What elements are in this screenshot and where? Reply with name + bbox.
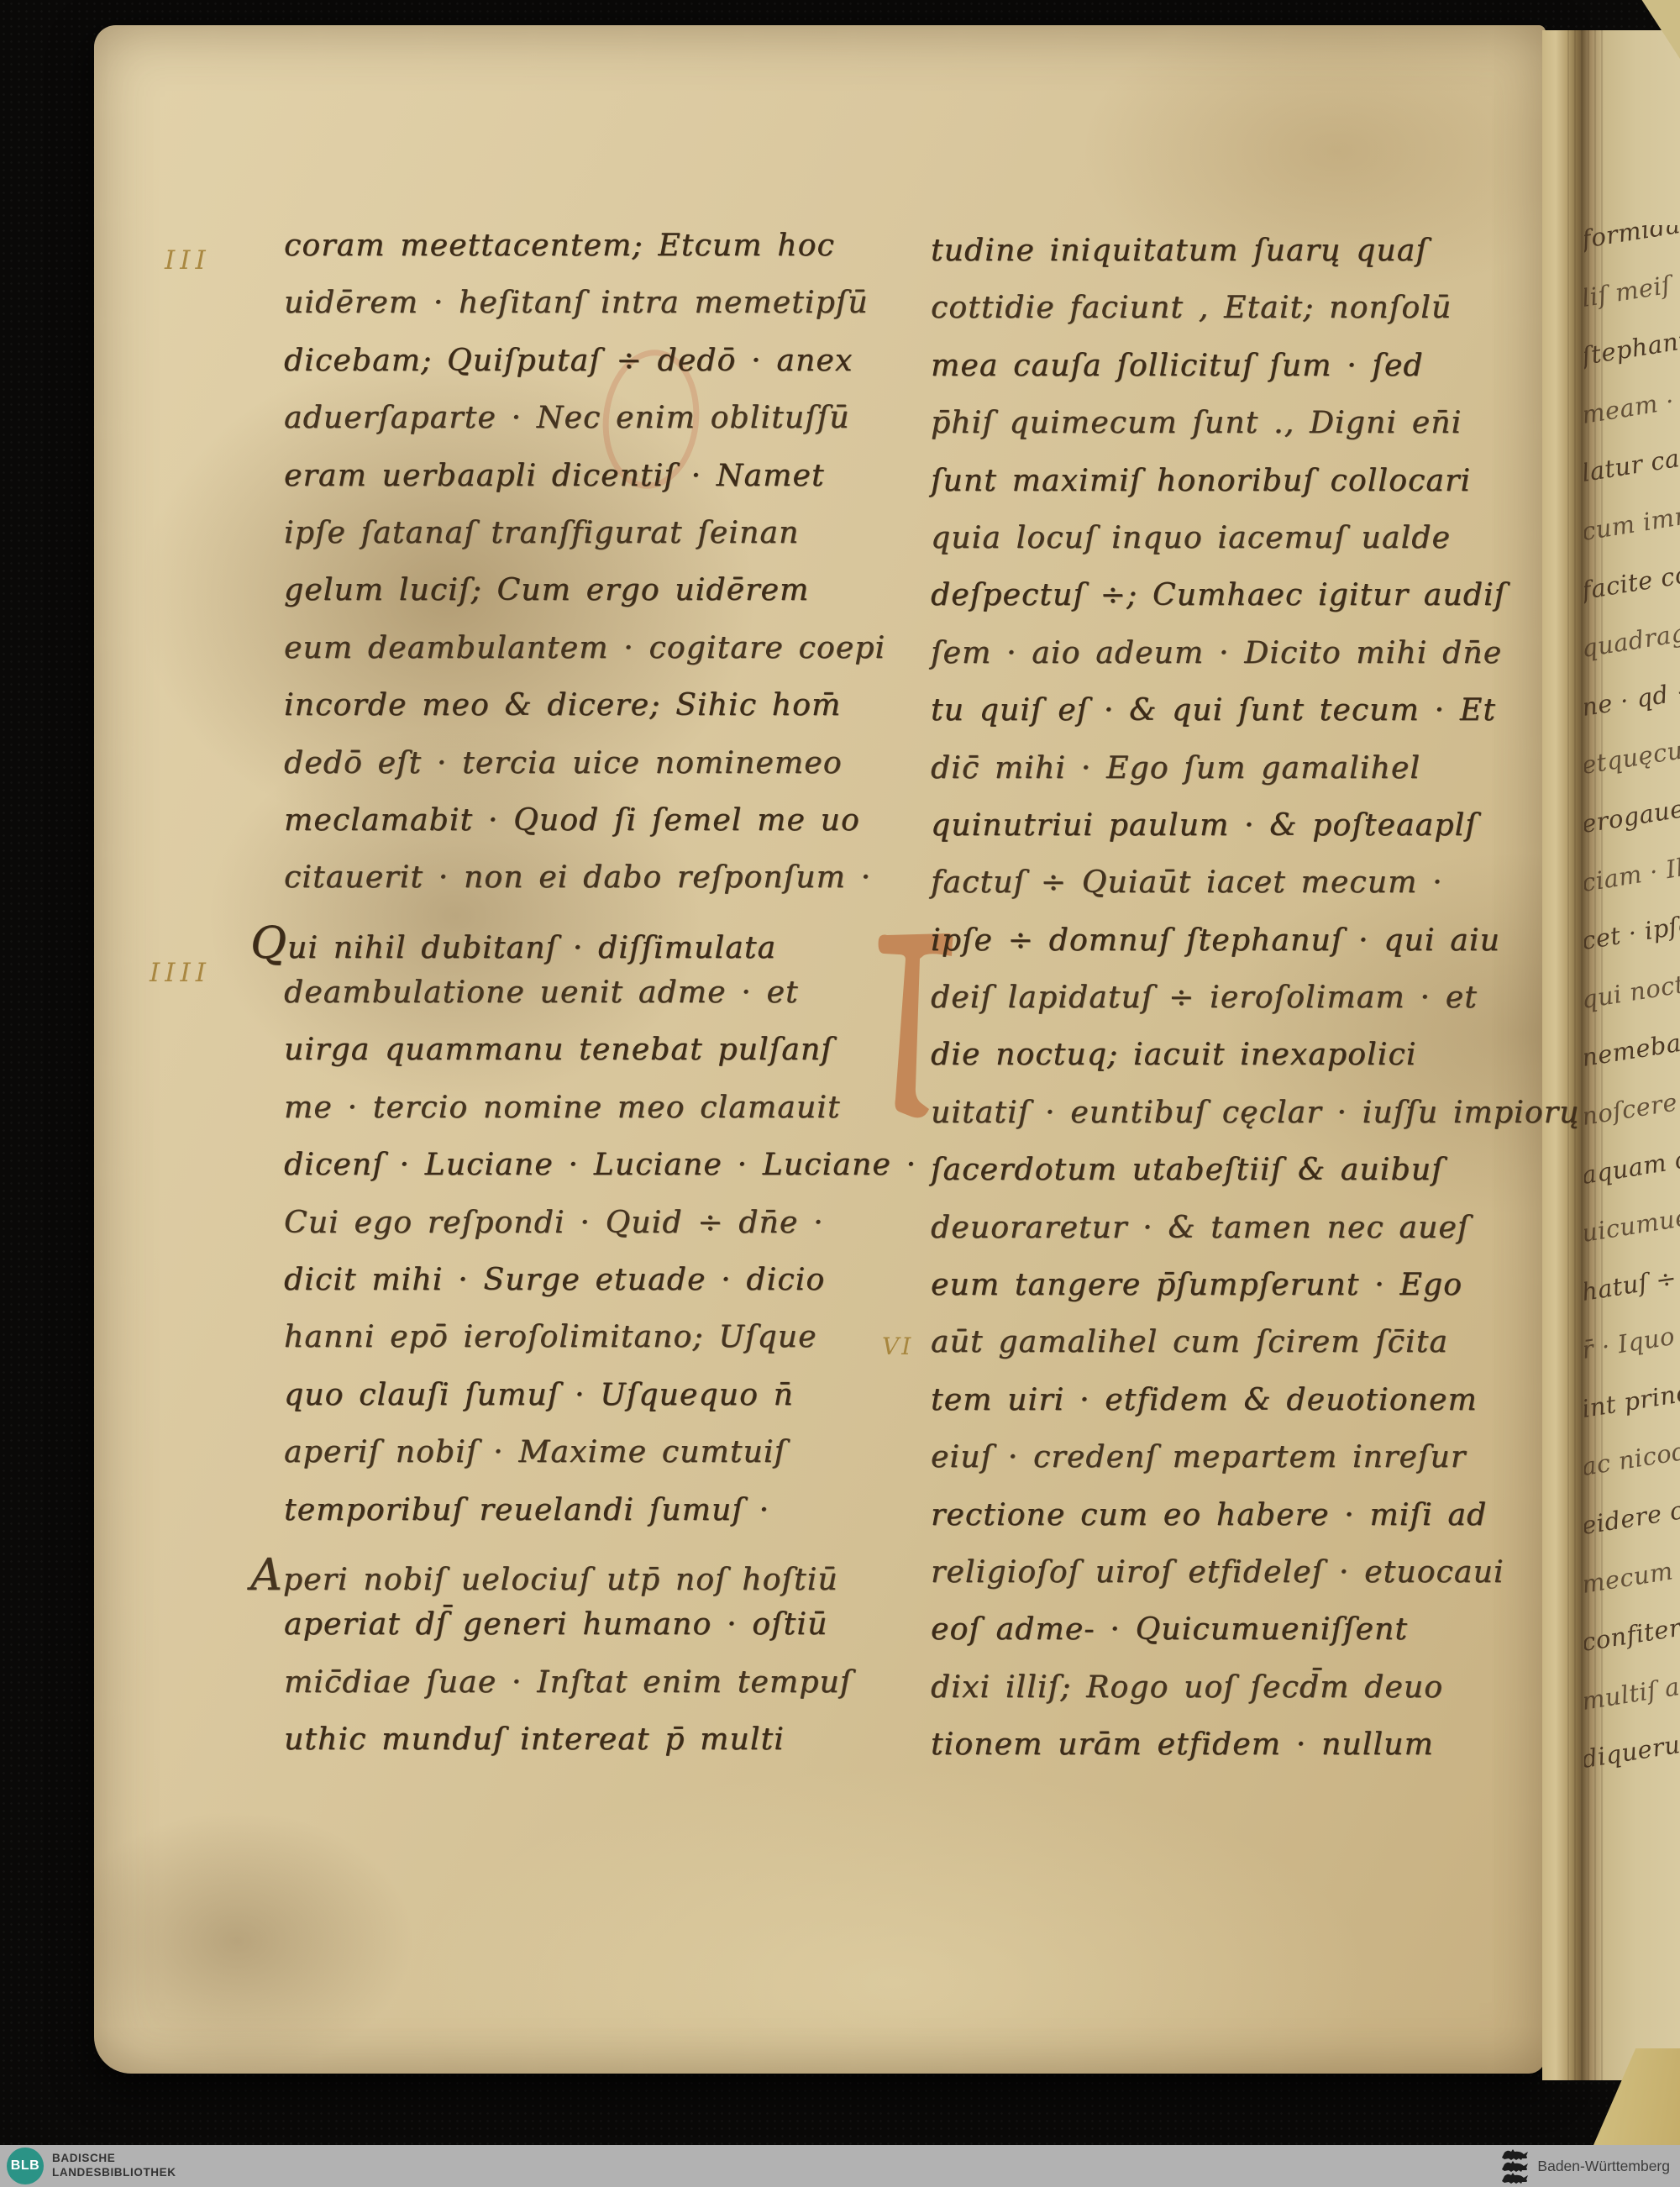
- library-name-line1: BADISCHE: [52, 2151, 176, 2165]
- footer-bar: BLB BADISCHE LANDESBIBLIOTHEK Baden-Würt…: [0, 2145, 1680, 2187]
- text-line: cottidie faciunt , Etait; nonſolū: [931, 291, 1571, 348]
- text-line: mic̄diae ſuae · Inſtat enim tempuſ: [284, 1665, 924, 1722]
- text-line: hanni epō ieroſolimitano; Uſque: [284, 1320, 924, 1377]
- chapter-numeral-iii: III: [165, 245, 211, 276]
- text-line: deambulatione uenit adme · et: [284, 975, 924, 1033]
- text-line: uthic munduſ intereat p̄ multi: [284, 1722, 924, 1780]
- text-line: tudine iniquitatum ſuarų quaſ: [931, 234, 1571, 291]
- text-line: uitatiſ · euntibuſ cęclar · iuſſu impior…: [931, 1096, 1571, 1153]
- text-line: die noctuq; iacuit inexapolici: [931, 1038, 1571, 1095]
- text-line: meclamabit · Quod ſi ſemel me uo: [284, 803, 924, 860]
- text-line: Qui nihil dubitanſ · diſſimulata: [250, 918, 924, 975]
- text-line: dicenſ · Luciane · Luciane · Luciane ·: [284, 1148, 924, 1205]
- text-line: dicit mihi · Surge etuade · dicio: [284, 1263, 924, 1320]
- text-line: ſunt maximiſ honoribuſ collocari: [931, 464, 1571, 521]
- text-line: dic̄ mihi · Ego ſum gamalihel: [931, 751, 1571, 808]
- baden-wuerttemberg-coat-of-arms-icon: [1500, 2148, 1529, 2184]
- text-line: citauerit · non ei dabo reſponſum ·: [284, 860, 924, 917]
- text-line: ſacerdotum utabeſtiiſ & auibuſ: [931, 1153, 1571, 1210]
- text-line: incorde meo & dicere; Sihic hom̄: [284, 688, 924, 745]
- text-line: religioſoſ uiroſ etfideleſ · etuocaui: [931, 1555, 1571, 1612]
- text-line: quia locuſ inquo iacemuſ ualde: [931, 521, 1571, 578]
- text-line: quo clauſi ſumuſ · Uſquequo n̄: [284, 1378, 924, 1435]
- state-name: Baden-Württemberg: [1537, 2158, 1670, 2175]
- text-line: deiſ lapidatuſ ÷ ieroſolimam · et: [931, 980, 1571, 1038]
- chapter-numeral-iiii: IIII: [150, 958, 211, 988]
- text-column-left: coram meettacentem; Etcum hocuidērem · h…: [284, 229, 924, 1780]
- text-line: eum tangere p̄ſumpſerunt · Ego: [931, 1268, 1571, 1325]
- library-name-line2: LANDESBIBLIOTHEK: [52, 2165, 176, 2179]
- text-line: p̄hiſ quimecum ſunt ., Digni en̄i: [931, 406, 1571, 463]
- text-line: temporibuſ reuelandi ſumuſ ·: [284, 1493, 924, 1550]
- text-line: coram meettacentem; Etcum hoc: [284, 229, 924, 286]
- text-line: dixi illiſ; Rogo uoſ ſecd̄m deuo: [931, 1670, 1571, 1727]
- edge-text-fragment: diquerunt: [1584, 1731, 1680, 1804]
- library-name: BADISCHE LANDESBIBLIOTHEK: [52, 2151, 176, 2179]
- text-line: uidērem · heſitanſ intra memetipſū: [284, 286, 924, 343]
- text-line: deuoraretur · & tamen nec aueſ: [931, 1211, 1571, 1268]
- text-line: Cui ego reſpondi · Quid ÷ dn̄e ·: [284, 1206, 924, 1263]
- text-line: aperiat dſ̄ generi humano · oſtiū: [284, 1607, 924, 1664]
- manuscript-photo: III IIII VI T coram meettacentem; Etcum …: [0, 0, 1680, 2187]
- text-line: tu quiſ eſ · & qui ſunt tecum · Et: [931, 693, 1571, 750]
- text-line: aperiſ nobiſ · Maxime cumtuiſ: [284, 1435, 924, 1492]
- text-line: ipſe ſatanaſ tranſfigurat ſeinan: [284, 516, 924, 573]
- text-line: Aperi nobiſ uelociuſ utp̄ noſ hoſtiū: [250, 1550, 924, 1607]
- text-line: gelum luciſ; Cum ergo uidērem: [284, 573, 924, 630]
- text-line: tionem urām etfidem · nullum: [931, 1727, 1571, 1785]
- blb-logo-badge: BLB: [7, 2148, 44, 2184]
- text-line: dedō eſt · tercia uice nominemeo: [284, 746, 924, 803]
- text-line: rectione cum eo habere · miſi ad: [931, 1498, 1571, 1555]
- next-page-edge-text: formidanteſ aliſ meiſ · etcoſtephani · d…: [1584, 225, 1680, 2090]
- text-column-right: tudine iniquitatum ſuarų quaſcottidie fa…: [931, 234, 1571, 1785]
- text-line: eoſ adme- · Quicumueniſſent: [931, 1612, 1571, 1669]
- text-line: me · tercio nomine meo clamauit: [284, 1091, 924, 1148]
- text-line: eram uerbaapli dicentiſ · Namet: [284, 459, 924, 516]
- text-line: mea cauſa ſollicituſ ſum · ſed: [931, 349, 1571, 406]
- text-line: aūt gamalihel cum ſcirem ſc̄ita: [931, 1325, 1571, 1382]
- text-line: deſpectuſ ÷; Cumhaec igitur audiſ: [931, 578, 1571, 635]
- text-line: uirga quammanu tenebat pulſanſ: [284, 1033, 924, 1090]
- text-line: dicebam; Quiſputaſ ÷ dedō · anex: [284, 344, 924, 401]
- state-branding: Baden-Württemberg: [1500, 2145, 1670, 2187]
- text-line: eiuſ · credenſ mepartem inreſur: [931, 1440, 1571, 1497]
- text-line: eum deambulantem · cogitare coepi: [284, 631, 924, 688]
- text-line: tem uiri · etfidem & deuotionem: [931, 1383, 1571, 1440]
- text-line: aduerſaparte · Nec enim oblituſſū: [284, 401, 924, 458]
- text-line: quinutriui paulum · & poſteaaplſ: [931, 808, 1571, 865]
- text-line: ſem · aio adeum · Dicito mihi dn̄e: [931, 636, 1571, 693]
- text-line: ipſe ÷ domnuſ ſtephanuſ · qui aiu: [931, 923, 1571, 980]
- text-line: factuſ ÷ Quiaūt iacet mecum ·: [931, 865, 1571, 923]
